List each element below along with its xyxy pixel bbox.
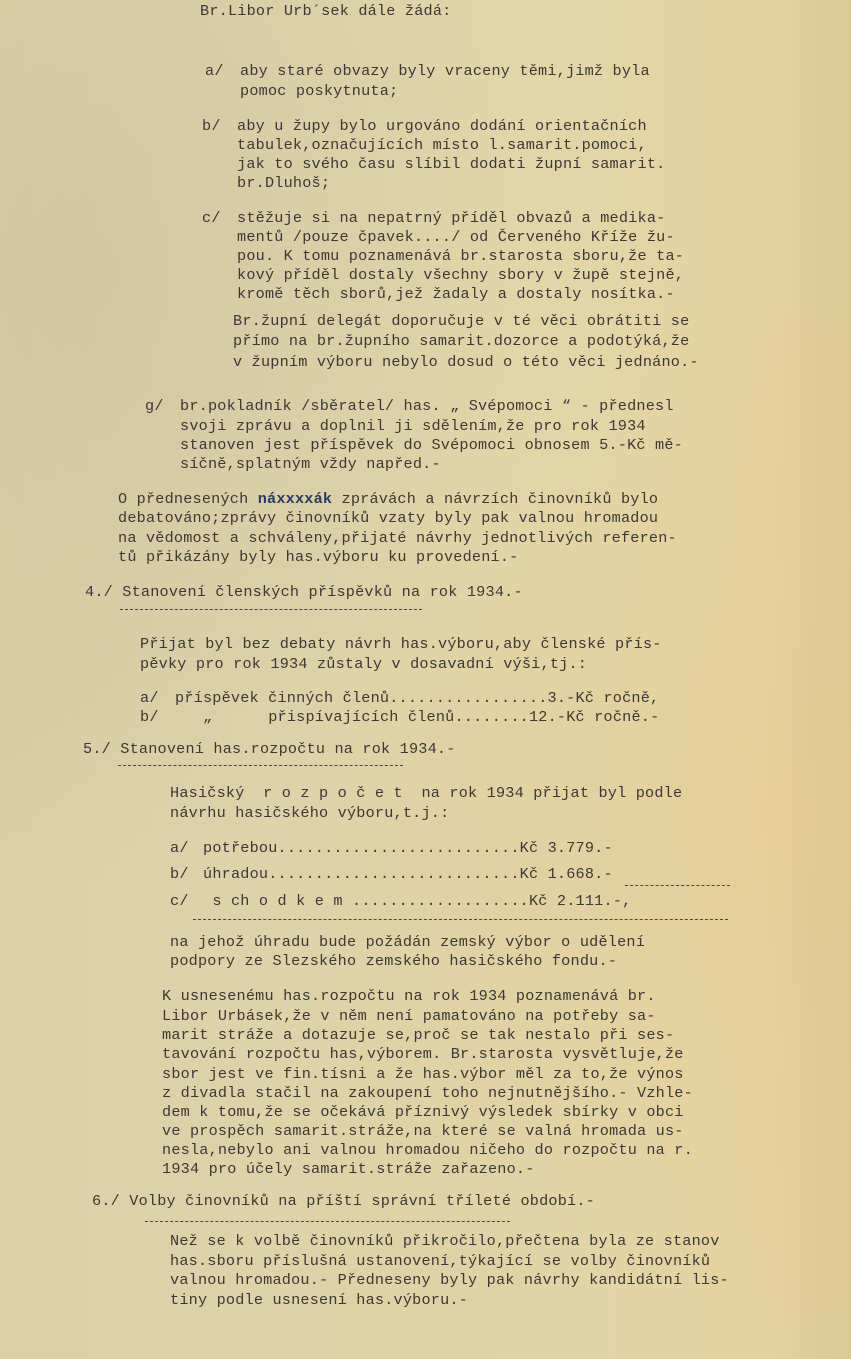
fee-a-text: příspěvek činných členů.................… bbox=[175, 690, 659, 707]
request-c-line: kový příděl dostaly všechny sbory v župě… bbox=[237, 267, 684, 284]
budget-b-text: úhradou...........................Kč 1.6… bbox=[203, 866, 613, 883]
section-4-heading: 4./ Stanovení členských příspěvků na rok… bbox=[85, 584, 523, 601]
request-b-label: b/ bbox=[202, 118, 221, 135]
request-c-line: stěžuje si na nepatrný příděl obvazů a m… bbox=[237, 210, 665, 227]
section-5-line: Hasičský r o z p o č e t na rok 1934 při… bbox=[170, 785, 682, 802]
fee-b-label: b/ bbox=[140, 709, 159, 726]
delegate-note-line: Br.župní delegát doporučuje v té věci ob… bbox=[233, 313, 689, 330]
budget-b-label: b/ bbox=[170, 866, 189, 883]
struck-word: náxxxxák bbox=[258, 490, 333, 508]
budget-note-line: ve prospěch samarit.stráže,na které se v… bbox=[162, 1123, 684, 1140]
section-6-line: has.sboru příslušná ustanovení,týkající … bbox=[170, 1253, 710, 1270]
fee-b-text: „ přispívajících členů........12.-Kč roč… bbox=[203, 709, 659, 726]
request-b-line: br.Dluhoš; bbox=[237, 175, 330, 192]
budget-note-line: nesla,nebylo ani valnou hromadou ničeho … bbox=[162, 1142, 693, 1159]
budget-note-line: marit stráže a dotazuje se,proč se tak n… bbox=[162, 1027, 674, 1044]
budget-after-line: podpory ze Slezského zemského hasičského… bbox=[170, 953, 617, 970]
budget-note-line: dem k tomu,že se očekává příznivý výsled… bbox=[162, 1104, 684, 1121]
delegate-note-line: přímo na br.župního samarit.dozorce a po… bbox=[233, 333, 689, 350]
budget-note-line: sbor jest ve fin.tísni a že has.výbor mě… bbox=[162, 1066, 684, 1083]
intro-line: Br.Libor Urb´sek dále žádá: bbox=[200, 3, 451, 20]
summary-line: na vědomost a schváleny,přijaté návrhy j… bbox=[118, 530, 677, 547]
section-6-underline bbox=[145, 1221, 510, 1222]
budget-a-text: potřebou..........................Kč 3.7… bbox=[203, 840, 613, 857]
budget-note-line: K usnesenému has.rozpočtu na rok 1934 po… bbox=[162, 988, 656, 1005]
request-c-line: kromě těch sborů,jež žadaly a dostaly no… bbox=[237, 286, 675, 303]
section-4-line: Přijat byl bez debaty návrh has.výboru,a… bbox=[140, 636, 662, 653]
summary-line: tů přikázány byly has.výboru ku proveden… bbox=[118, 549, 519, 566]
item-g-line: svoji zprávu a doplnil ji sdělením,že pr… bbox=[180, 418, 646, 435]
request-c-line: pou. K tomu poznamenává br.starosta sbor… bbox=[237, 248, 684, 265]
budget-total-rule bbox=[193, 919, 728, 920]
request-b-line: jak to svého času slíbil dodati župní sa… bbox=[237, 156, 665, 173]
summary-line: debatováno;zprávy činovníků vzaty byly p… bbox=[118, 510, 658, 527]
request-b-line: tabulek,označujících místo l.samarit.pom… bbox=[237, 137, 647, 154]
budget-c-label: c/ bbox=[170, 893, 189, 910]
request-a-label: a/ bbox=[205, 63, 224, 80]
summary-line-1: O přednesených náxxxxák zprávách a návrz… bbox=[118, 491, 658, 508]
section-6-line: Než se k volbě činovníků přikročilo,přeč… bbox=[170, 1233, 720, 1250]
section-6-heading: 6./ Volby činovníků na příští správní tř… bbox=[92, 1193, 595, 1210]
section-4-underline bbox=[120, 609, 422, 610]
budget-note-line: tavování rozpočtu has,výborem. Br.staros… bbox=[162, 1046, 684, 1063]
section-6-line: valnou hromadou.- Předneseny byly pak ná… bbox=[170, 1272, 729, 1289]
budget-note-line: Libor Urbásek,že v něm není pamatováno n… bbox=[162, 1008, 656, 1025]
request-a-line: aby staré obvazy byly vraceny těmi,jimž … bbox=[240, 63, 650, 80]
delegate-note-line: v župním výboru nebylo dosud o této věci… bbox=[233, 354, 699, 371]
section-5-underline bbox=[118, 765, 403, 766]
fee-a-label: a/ bbox=[140, 690, 159, 707]
budget-note-line: 1934 pro účely samarit.stráže zařazeno.- bbox=[162, 1161, 535, 1178]
request-c-label: c/ bbox=[202, 210, 221, 227]
section-6-line: tiny podle usnesení has.výboru.- bbox=[170, 1292, 468, 1309]
item-g-label: g/ bbox=[145, 398, 164, 415]
budget-c-text: s ch o d k e m ...................Kč 2.1… bbox=[203, 893, 631, 910]
budget-a-label: a/ bbox=[170, 840, 189, 857]
request-b-line: aby u župy bylo urgováno dodání orientač… bbox=[237, 118, 647, 135]
request-c-line: mentů /pouze čpavek..../ od Červeného Kř… bbox=[237, 229, 675, 246]
budget-sum-line bbox=[625, 885, 730, 886]
item-g-line: stanoven jest příspěvek do Svépomoci obn… bbox=[180, 437, 683, 454]
item-g-line: síčně,splatným vždy napřed.- bbox=[180, 456, 441, 473]
budget-after-line: na jehož úhradu bude požádán zemský výbo… bbox=[170, 934, 645, 951]
request-a-line: pomoc poskytnuta; bbox=[240, 83, 398, 100]
section-5-heading: 5./ Stanovení has.rozpočtu na rok 1934.- bbox=[83, 741, 456, 758]
item-g-line: br.pokladník /sběratel/ has. „ Svépomoci… bbox=[180, 398, 674, 415]
section-4-line: pěvky pro rok 1934 zůstaly v dosavadní v… bbox=[140, 656, 587, 673]
section-5-line: návrhu hasičského výboru,t.j.: bbox=[170, 805, 449, 822]
budget-note-line: z divadla stačil na zakoupení toho nejnu… bbox=[162, 1085, 693, 1102]
